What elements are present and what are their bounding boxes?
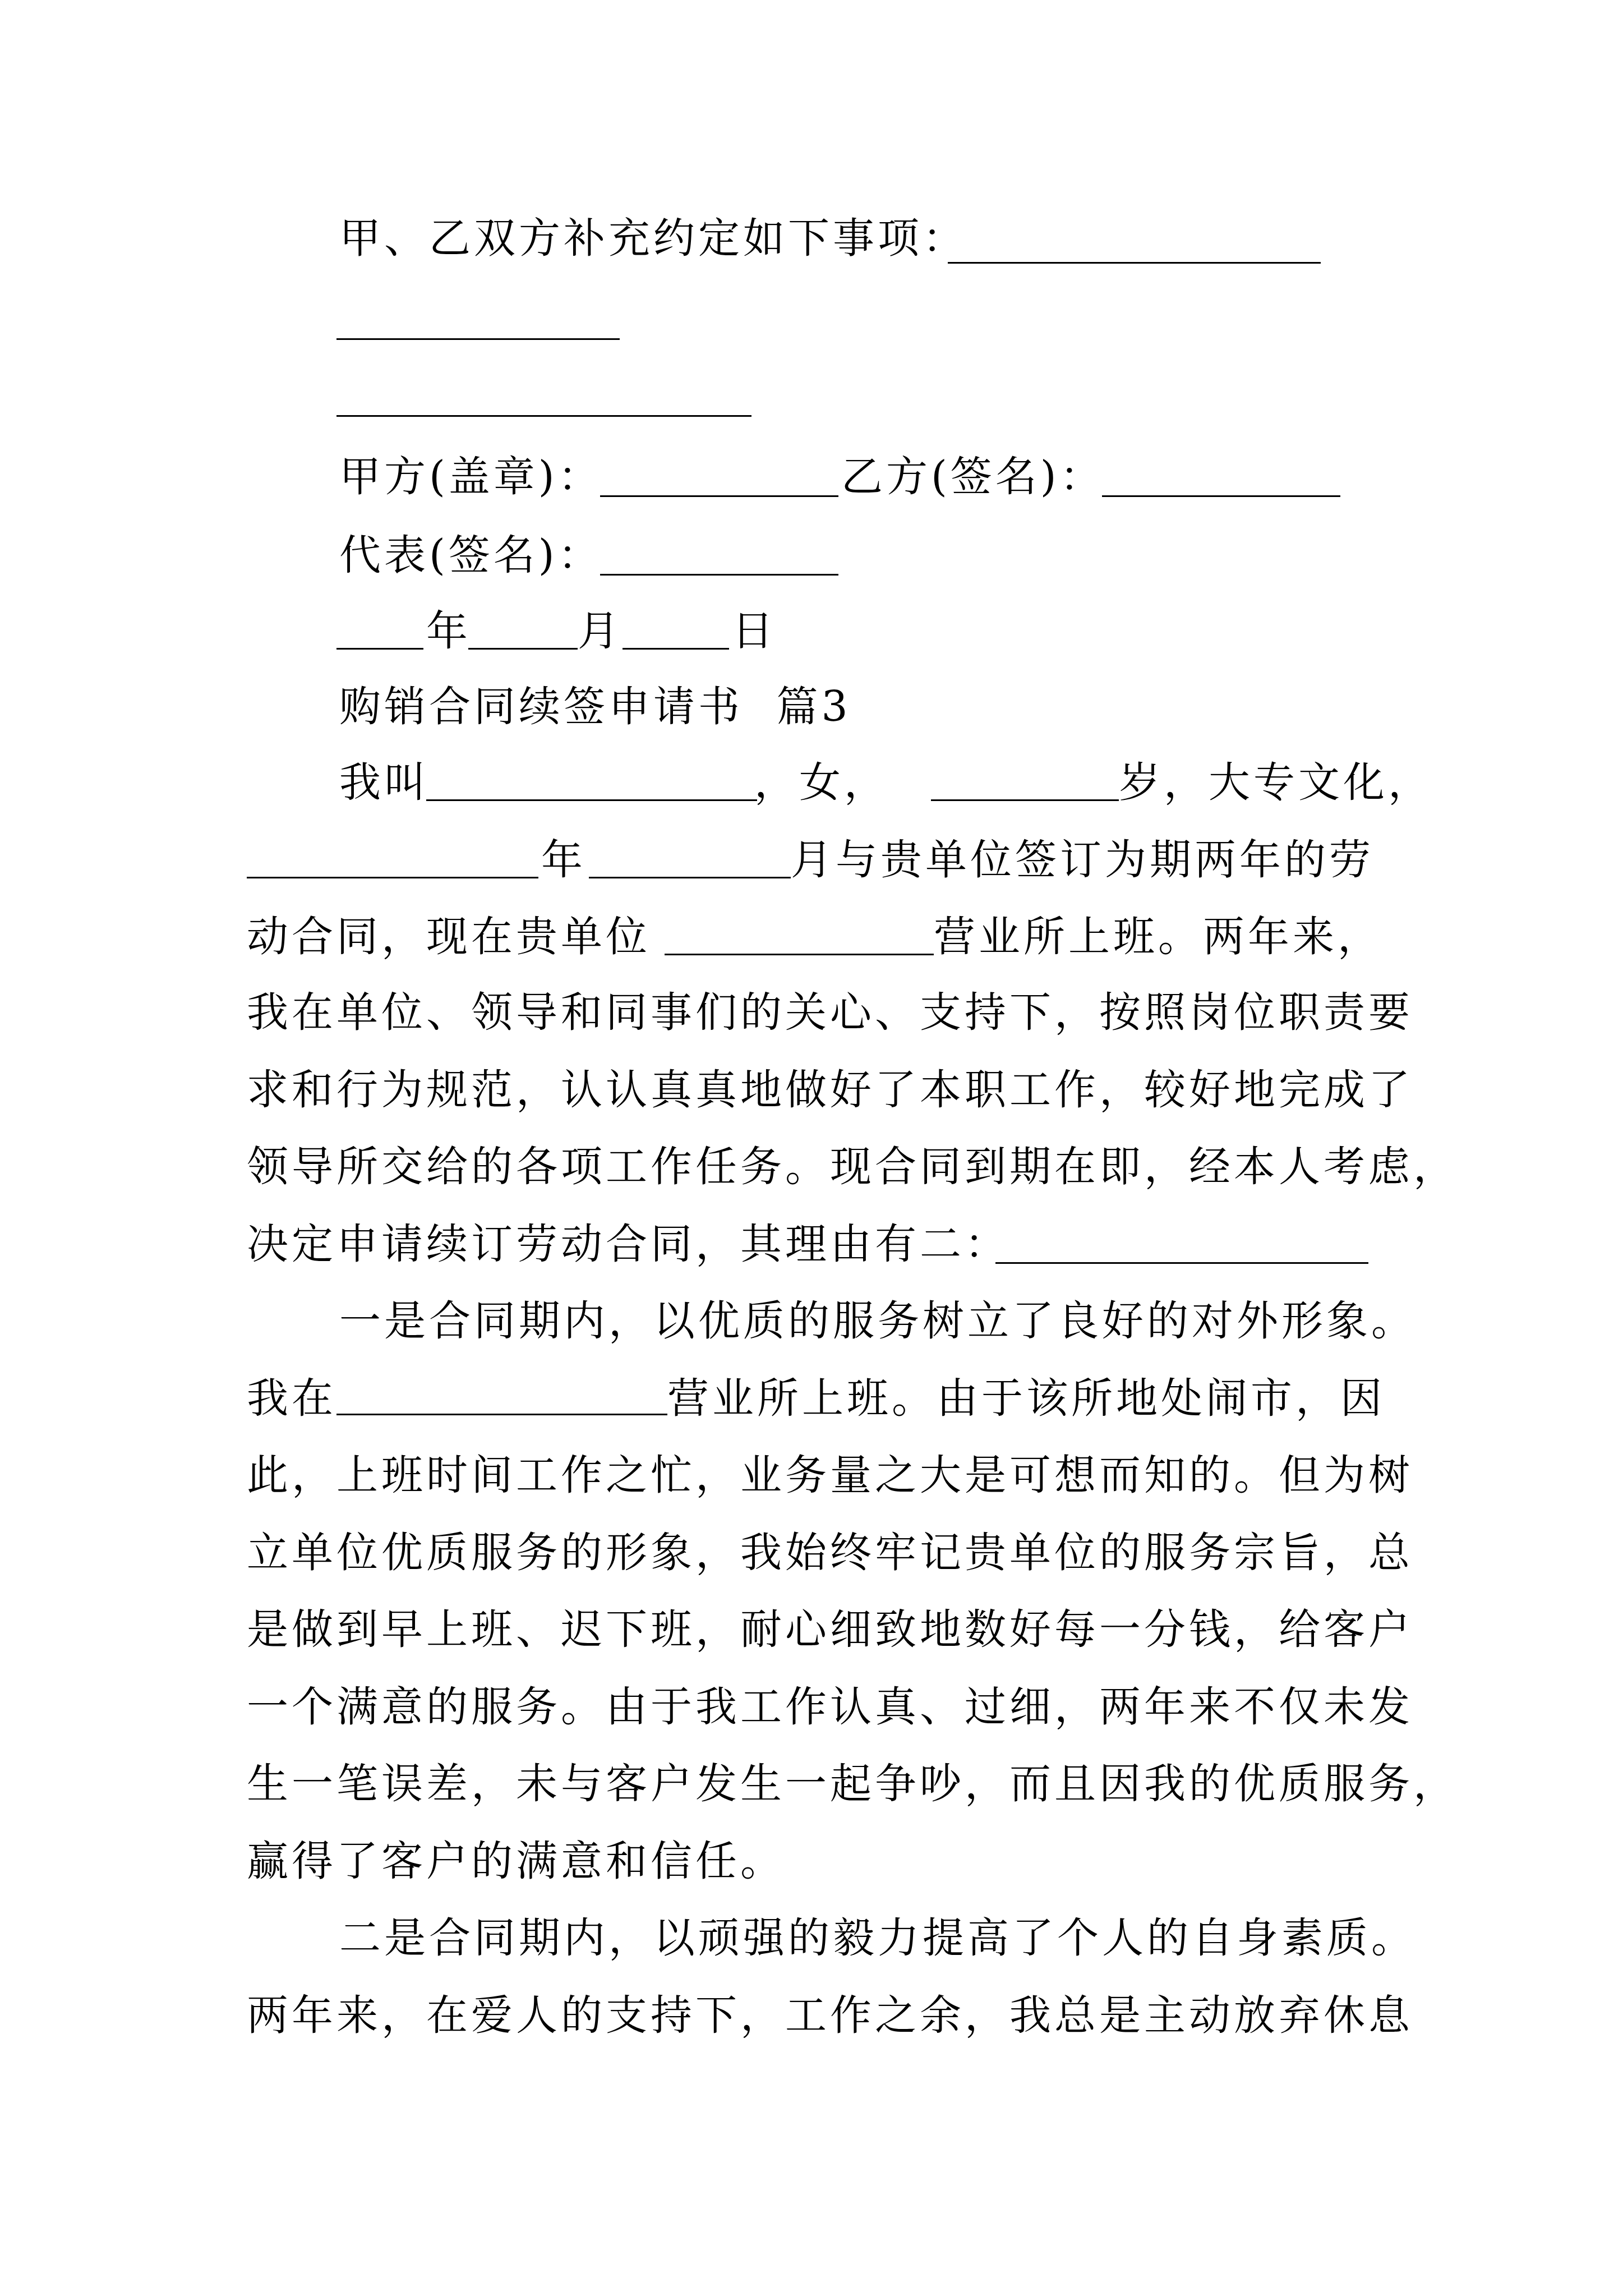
body-line-1b: ，女， [754,754,889,811]
date-month-label: 月 [578,603,623,659]
date-year-blank [336,648,423,650]
section-number: 篇3 [777,683,851,731]
office-blank-1 [665,954,934,955]
body-line-2a: 年 [541,832,586,888]
reasons-blank [995,1262,1368,1264]
date-day-label: 日 [732,603,777,659]
age-blank [931,799,1119,801]
representative-blank [600,574,838,576]
reason1-line-5: 是做到早上班、迟下班，耐心细致地数好每一分钱，给客户 [247,1602,1413,1658]
date-day-blank [623,648,729,650]
body-line-1c: 岁，大专文化， [1119,754,1433,811]
supplement-blank-1 [948,262,1321,264]
reason1-line-2a: 我在 [247,1370,336,1427]
body-line-7: 决定申请续订劳动合同，其理由有二： [247,1216,1009,1272]
body-line-3b: 营业所上班。两年来， [934,909,1382,965]
date-month-blank [468,648,578,650]
reason2-line-1: 二是合同期内，以顽强的毅力提高了个人的自身素质。 [339,1910,1416,1966]
body-line-4: 我在单位、领导和同事们的关心、支持下，按照岗位职责要 [247,984,1413,1041]
reason1-line-1: 一是合同期内，以优质的服务树立了良好的对外形象。 [339,1293,1416,1349]
representative-label: 代表(签名)： [339,531,603,579]
reason1-line-2b: 营业所上班。由于该所地处闹市，因 [667,1370,1385,1427]
party-a-blank [600,495,838,497]
supplement-label: 甲、乙双方补充约定如下事项： [339,214,967,263]
supplement-blank-3 [336,415,751,417]
month-blank [589,877,791,878]
body-line-6: 领导所交给的各项工作任务。现合同到期在即，经本人考虑， [247,1139,1458,1195]
body-line-3a: 动合同，现在贵单位 [247,909,651,965]
year-blank [247,877,538,878]
signature-line: 甲方(盖章)： [339,449,603,505]
body-line-1a: 我叫 [339,754,429,811]
office-blank-2 [336,1414,667,1415]
body-line-5: 求和行为规范，认认真真地做好了本职工作，较好地完成了 [247,1062,1413,1118]
party-b-blank [1102,495,1340,497]
party-a-label: 甲方(盖章)： [339,453,603,501]
party-b-line: 乙方(签名)： [841,449,1105,505]
name-blank [426,799,757,801]
body-line-2b: 月与贵单位签订为期两年的劳 [791,832,1374,888]
reason1-line-7: 生一笔误差，未与客户发生一起争吵，而且因我的优质服务， [247,1756,1458,1812]
reason1-line-6: 一个满意的服务。由于我工作认真、过细，两年来不仅未发 [247,1679,1413,1735]
date-year-label: 年 [426,603,471,659]
section-title: 购销合同续签申请书 篇3 [339,679,851,735]
reason2-line-2: 两年来，在爱人的支持下，工作之余，我总是主动放弃休息 [247,1987,1413,2044]
section-title-text: 购销合同续签申请书 [339,683,743,731]
reason1-line-4: 立单位优质服务的形象，我始终牢记贵单位的服务宗旨，总 [247,1525,1413,1581]
representative-line: 代表(签名)： [339,527,603,583]
reason1-line-3: 此，上班时间工作之忙，业务量之大是可想而知的。但为树 [247,1447,1413,1503]
supplement-line: 甲、乙双方补充约定如下事项： [339,210,967,266]
supplement-blank-2 [336,338,620,340]
reason1-line-8: 赢得了客户的满意和信任。 [247,1833,785,1889]
party-b-label: 乙方(签名)： [841,453,1105,501]
